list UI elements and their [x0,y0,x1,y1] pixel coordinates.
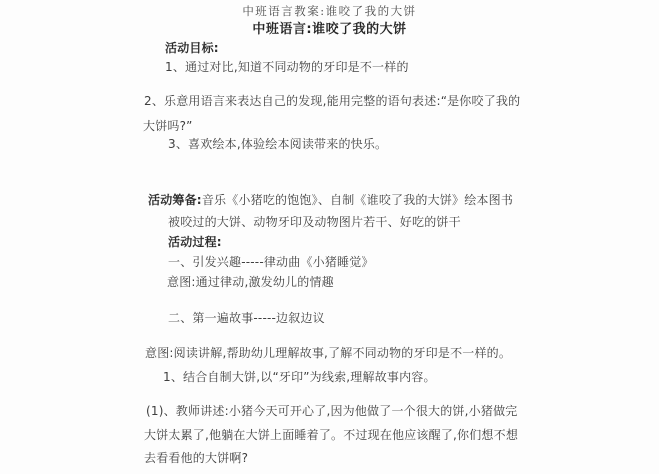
preparation-label: 活动筹备: [148,193,202,207]
document-title: 中班语言:谁咬了我的大饼 [0,22,659,37]
process-paragraph-1-line-3: 去看看他的大饼啊? [144,451,248,466]
document-subtitle: 中班语言教案:谁咬了我的大饼 [0,4,659,19]
process-heading: 活动过程: [168,235,222,250]
goal-item-2-line-1: 2、乐意用语言来表达自己的发现,能用完整的语句表述:“是你咬了我的 [144,94,520,109]
process-sub-item-1: 1、结合自制大饼,以“牙印”为线索,理解故事内容。 [163,370,436,385]
process-intent-1: 意图:通过律动,激发幼儿的情趣 [167,275,334,290]
goal-item-1: 1、通过对比,知道不同动物的牙印是不一样的 [165,60,409,75]
process-step-1: 一、引发兴趣-----律动曲《小猪睡觉》 [168,255,374,270]
goal-item-2-line-2: 大饼吗?” [143,119,193,134]
preparation-text: 音乐《小猪吃的饱饱》、自制《谁咬了我的大饼》绘本图书 [202,193,513,207]
process-intent-2: 意图:阅读讲解,帮助幼儿理解故事,了解不同动物的牙印是不一样的。 [145,346,511,361]
process-paragraph-1-line-1: (1)、教师讲述:小猪今天可开心了,因为他做了一个很大的饼,小猪做完 [146,404,517,419]
goal-item-3: 3、喜欢绘本,体验绘本阅读带来的快乐。 [168,137,387,152]
document-page: 中班语言教案:谁咬了我的大饼 中班语言:谁咬了我的大饼 活动目标: 1、通过对比… [0,0,659,474]
process-step-2: 二、第一遍故事-----边叙边议 [168,311,325,326]
preparation-line-2: 被咬过的大饼、动物牙印及动物图片若干、好吃的饼干 [168,215,461,230]
goals-heading: 活动目标: [165,41,219,56]
process-paragraph-1-line-2: 大饼太累了,他躺在大饼上面睡着了。不过现在他应该醒了,你们想不想 [144,428,518,443]
preparation-line: 活动筹备:音乐《小猪吃的饱饱》、自制《谁咬了我的大饼》绘本图书 [148,193,513,208]
